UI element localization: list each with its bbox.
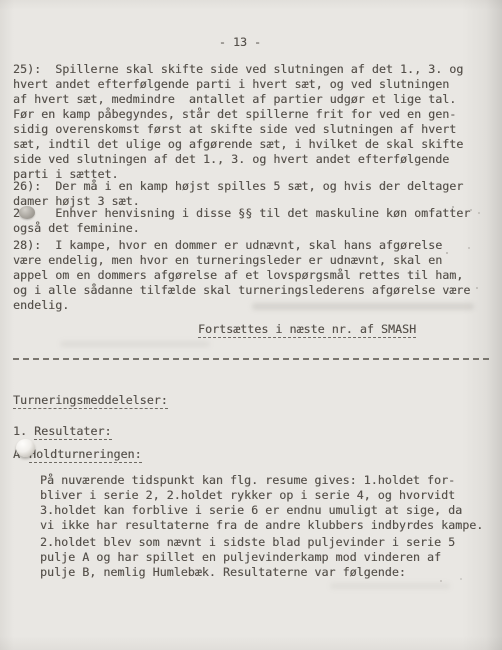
text-line: endelig. [13, 298, 470, 313]
paragraph-26: 26): Der må i en kamp højst spilles 5 sæ… [13, 179, 463, 209]
ball-smudge-icon [16, 439, 35, 457]
continuation-text: Fortsættes i næste nr. af SMASH [198, 322, 416, 338]
text-line: pulje B, nemlig Humlebæk. Resultaterne v… [40, 565, 455, 580]
list-item-label: Holdturneringen: [29, 447, 142, 463]
text-line: side ved slutningen af det 1., 3. og hve… [13, 152, 463, 167]
text-line: også det feminine. [13, 221, 470, 236]
scanned-page: - 13 - 25): Spillerne skal skifte side v… [0, 0, 502, 650]
paragraph-25: 25): Spillerne skal skifte side ved slut… [13, 62, 463, 182]
paragraph-team-status: På nuværende tidspunkt kan flg. resume g… [40, 473, 483, 533]
text-line: Før en kamp påbegyndes, står det spiller… [13, 107, 463, 122]
text-line: 26): Der må i en kamp højst spilles 5 sæ… [13, 179, 463, 194]
list-item-results: 1. Resultater: [13, 424, 112, 439]
section-heading-tournament-announcements: Turneringsmeddelelser: [13, 393, 168, 408]
text-line: være endelig, men hvor en turneringslede… [13, 253, 470, 268]
text-line: af hvert sæt, medmindre antallet af part… [13, 92, 463, 107]
paper-artifact [60, 341, 210, 347]
text-line: På nuværende tidspunkt kan flg. resume g… [40, 473, 483, 488]
list-item-number: 1. [13, 424, 34, 438]
separator-line [13, 358, 489, 360]
text-line: vi ikke har resultaterne fra de andre kl… [40, 518, 483, 533]
text-line: og i alle sådanne tilfælde skal turnerin… [13, 283, 470, 298]
paragraph-second-team: 2.holdet blev som nævnt i sidste blad pu… [40, 535, 455, 580]
text-line: 2 Enhver henvisning i disse §§ til det m… [13, 206, 470, 221]
list-item-label: Resultater: [34, 424, 111, 440]
text-line: sæt, indtil det ulige og afgørende sæt, … [13, 137, 463, 152]
text-line: sidig overenskomst først at skifte side … [13, 122, 463, 137]
text-line: 25): Spillerne skal skifte side ved slut… [13, 62, 463, 77]
text-line: pulje A og har spillet en puljevinderkam… [40, 550, 455, 565]
text-line: 3.holdet kan forblive i serie 6 er endnu… [40, 503, 483, 518]
text-line: hvert andet efterfølgende parti i hvert … [13, 77, 463, 92]
continuation-note: Fortsættes i næste nr. af SMASH [198, 322, 416, 337]
paragraph-28: 28): I kampe, hvor en dommer er udnævnt,… [13, 238, 470, 313]
text-line: appel om en dommers afgørelse af et lovs… [13, 268, 470, 283]
section-heading-text: Turneringsmeddelelser: [13, 393, 168, 409]
ball-smudge-icon [19, 206, 35, 219]
text-line: bliver i serie 2, 2.holdet rykker op i s… [40, 488, 483, 503]
paper-artifact [330, 583, 450, 589]
text-line: 28): I kampe, hvor en dommer er udnævnt,… [13, 238, 470, 253]
paragraph-27: 2 Enhver henvisning i disse §§ til det m… [13, 206, 470, 236]
text-line: 2.holdet blev som nævnt i sidste blad pu… [40, 535, 455, 550]
page-number: - 13 - [0, 35, 480, 50]
